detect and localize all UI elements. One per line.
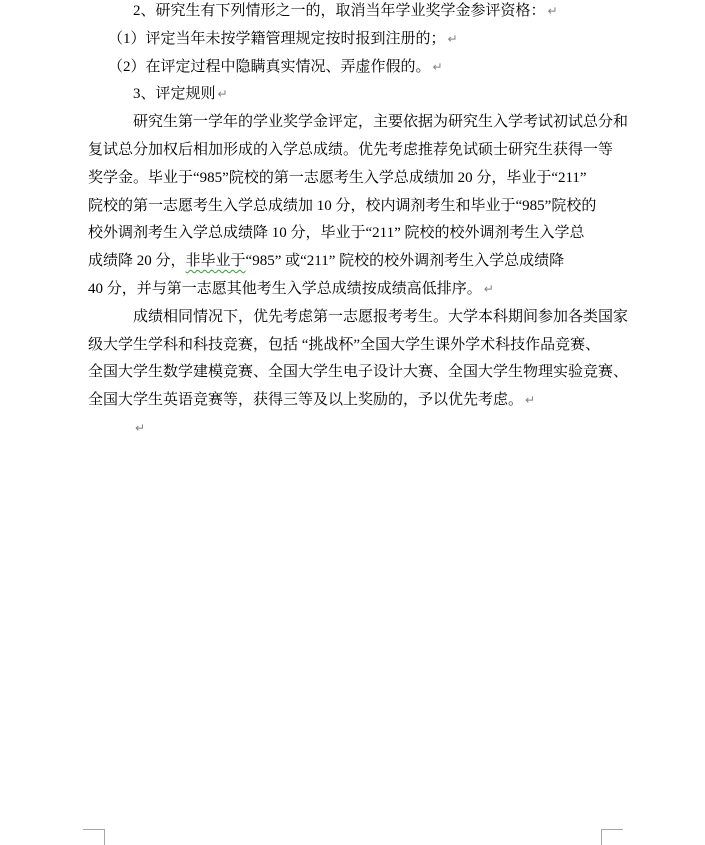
text-line: 40 分，并与第一志愿其他考生入学总成绩按成绩高低排序。↵ [88, 276, 622, 304]
crop-mark-bottom-right [601, 829, 623, 845]
text-line: 校外调剂考生入学总成绩降 10 分，毕业于“211” 院校的校外调剂考生入学总 [88, 220, 622, 248]
paragraph: 2、研究生有下列情形之一的，取消当年学业奖学金参评资格：↵ [88, 0, 622, 26]
text-line: ↵ [88, 415, 622, 443]
paragraph: （1）评定当年未按学籍管理规定按时报到注册的；↵ [88, 26, 622, 54]
paragraph: 研究生第一学年的学业奖学金评定，主要依据为研究生入学考试初试总分和复试总分加权后… [88, 109, 622, 304]
paragraph-mark-icon: ↵ [446, 32, 458, 46]
text-line: 院校的第一志愿考生入学总成绩加 10 分，校内调剂考生和毕业于“985”院校的 [88, 193, 622, 221]
text-line: 级大学生学科和科技竞赛，包括 “挑战杯”全国大学生课外学术科技作品竞赛、 [88, 332, 622, 360]
text-line: （2）在评定过程中隐瞒真实情况、弄虚作假的。↵ [88, 54, 622, 82]
text-line: 成绩相同情况下，优先考虑第一志愿报考考生。大学本科期间参加各类国家 [88, 304, 622, 332]
text-line: 全国大学生数学建模竞赛、全国大学生电子设计大赛、全国大学生物理实验竞赛、 [88, 359, 622, 387]
text-line: 2、研究生有下列情形之一的，取消当年学业奖学金参评资格：↵ [88, 0, 622, 26]
paragraph-mark-icon: ↵ [546, 4, 558, 18]
paragraph-mark-icon: ↵ [133, 421, 145, 435]
grammar-underline: 非毕业于 [186, 253, 246, 269]
document-page: 2、研究生有下列情形之一的，取消当年学业奖学金参评资格：↵（1）评定当年未按学籍… [0, 0, 705, 845]
paragraph: ↵ [88, 415, 622, 443]
text-line: 研究生第一学年的学业奖学金评定，主要依据为研究生入学考试初试总分和 [88, 109, 622, 137]
text-line: 成绩降 20 分，非毕业于“985” 或“211” 院校的校外调剂考生入学总成绩… [88, 248, 622, 276]
paragraph-mark-icon: ↵ [482, 282, 494, 296]
crop-mark-bottom-left [83, 829, 105, 845]
text-line: 奖学金。毕业于“985”院校的第一志愿考生入学总成绩加 20 分，毕业于“211… [88, 165, 622, 193]
text-line: 复试总分加权后相加形成的入学总成绩。优先考虑推荐免试硕士研究生获得一等 [88, 137, 622, 165]
paragraph: （2）在评定过程中隐瞒真实情况、弄虚作假的。↵ [88, 54, 622, 82]
document-text: 2、研究生有下列情形之一的，取消当年学业奖学金参评资格：↵（1）评定当年未按学籍… [88, 0, 622, 443]
paragraph-mark-icon: ↵ [523, 393, 535, 407]
paragraph: 成绩相同情况下，优先考虑第一志愿报考考生。大学本科期间参加各类国家级大学生学科和… [88, 304, 622, 415]
text-line: 3、评定规则↵ [88, 81, 622, 109]
text-line: （1）评定当年未按学籍管理规定按时报到注册的；↵ [88, 26, 622, 54]
text-line: 全国大学生英语竞赛等，获得三等及以上奖励的，予以优先考虑。↵ [88, 387, 622, 415]
paragraph: 3、评定规则↵ [88, 81, 622, 109]
paragraph-mark-icon: ↵ [216, 87, 228, 101]
paragraph-mark-icon: ↵ [431, 60, 443, 74]
